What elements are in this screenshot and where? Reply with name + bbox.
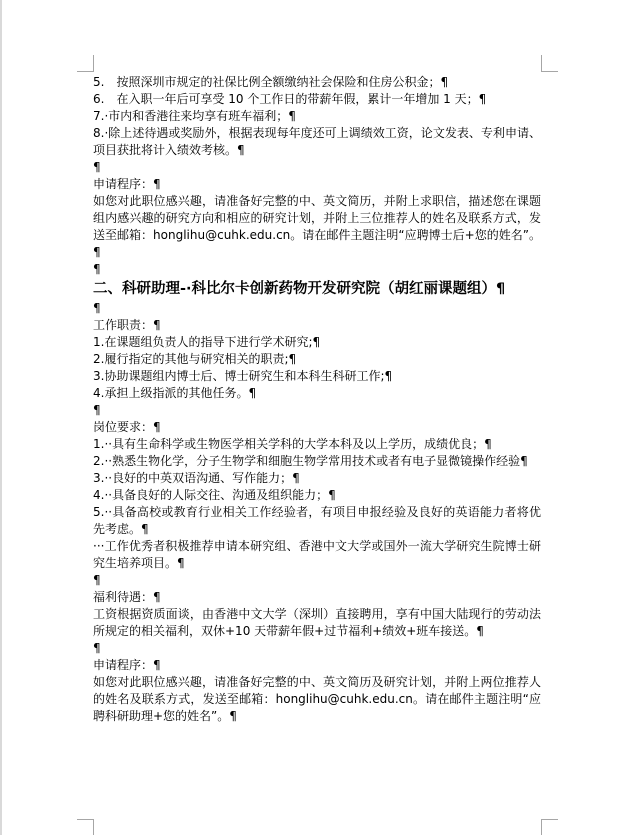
job-duty-item-4[interactable]: 4.承担上级指派的其他任务。¶ bbox=[93, 385, 541, 402]
document-page: 5. 按照深圳市规定的社保比例全额缴纳社会保险和住房公积金；¶ 6. 在入职一年… bbox=[0, 0, 635, 835]
blank-line[interactable]: ¶ bbox=[93, 572, 541, 589]
job-duty-item-3[interactable]: 3.协助课题组内博士后、博士研究生和本科生科研工作;¶ bbox=[93, 368, 541, 385]
job-requirement-item-5[interactable]: 5.··具备高校或教育行业相关工作经验者，有项目申报经验及良好的英语能力者将优先… bbox=[93, 504, 541, 538]
job-requirements-label[interactable]: 岗位要求：¶ bbox=[93, 419, 541, 436]
job-requirement-item-3[interactable]: 3.··良好的中英双语沟通、写作能力；¶ bbox=[93, 470, 541, 487]
application-procedure-label-postdoc[interactable]: 申请程序：¶ bbox=[93, 176, 541, 193]
document-text-area[interactable]: 5. 按照深圳市规定的社保比例全额缴纳社会保险和住房公积金；¶ 6. 在入职一年… bbox=[93, 74, 541, 725]
benefits-item-5[interactable]: 5. 按照深圳市规定的社保比例全额缴纳社会保险和住房公积金；¶ bbox=[93, 74, 541, 91]
benefits-item-6[interactable]: 6. 在入职一年后可享受 10 个工作日的带薪年假，累计一年增加 1 天；¶ bbox=[93, 91, 541, 108]
section-heading-research-assistant[interactable]: 二、科研助理-·科比尔卡创新药物开发研究院（胡红丽课题组）¶ bbox=[93, 278, 541, 300]
job-requirement-item-2[interactable]: 2.··熟悉生物化学，分子生物学和细胞生物学常用技术或者有电子显微镜操作经验¶ bbox=[93, 453, 541, 470]
blank-line[interactable]: ¶ bbox=[93, 159, 541, 176]
margin-crop-mark-bottom-left bbox=[77, 819, 94, 835]
job-duty-item-1[interactable]: 1.在课题组负责人的指导下进行学术研究;¶ bbox=[93, 334, 541, 351]
job-duties-label[interactable]: 工作职责：¶ bbox=[93, 317, 541, 334]
benefits-text[interactable]: 工资根据资质面谈，由香港中文大学（深圳）直接聘用，享有中国大陆现行的劳动法所规定… bbox=[93, 606, 541, 640]
application-procedure-label-assistant[interactable]: 申请程序：¶ bbox=[93, 657, 541, 674]
blank-line[interactable]: ¶ bbox=[93, 300, 541, 317]
job-requirement-note[interactable]: ···工作优秀者积极推荐申请本研究组、香港中文大学或国外一流大学研究生院博士研究… bbox=[93, 538, 541, 572]
blank-line[interactable]: ¶ bbox=[93, 261, 541, 278]
job-requirement-item-4[interactable]: 4.··具备良好的人际交往、沟通及组织能力；¶ bbox=[93, 487, 541, 504]
job-duty-item-2[interactable]: 2.履行指定的其他与研究相关的职责;¶ bbox=[93, 351, 541, 368]
blank-line[interactable]: ¶ bbox=[93, 402, 541, 419]
margin-crop-mark-top-left bbox=[77, 55, 94, 72]
application-procedure-text-postdoc[interactable]: 如您对此职位感兴趣，请准备好完整的中、英文简历，并附上求职信，描述您在课题组内感… bbox=[93, 193, 541, 261]
margin-crop-mark-top-right bbox=[541, 55, 558, 72]
benefits-label[interactable]: 福利待遇：¶ bbox=[93, 589, 541, 606]
benefits-item-8[interactable]: 8.·除上述待遇或奖励外，根据表现每年度还可上调绩效工资，论文发表、专利申请、项… bbox=[93, 125, 541, 159]
margin-crop-mark-bottom-right bbox=[541, 819, 558, 835]
job-requirement-item-1[interactable]: 1.··具有生命科学或生物医学相关学科的大学本科及以上学历，成绩优良；¶ bbox=[93, 436, 541, 453]
application-procedure-text-assistant[interactable]: 如您对此职位感兴趣，请准备好完整的中、英文简历及研究计划，并附上两位推荐人的姓名… bbox=[93, 674, 541, 725]
benefits-item-7[interactable]: 7.·市内和香港往来均享有班车福利；¶ bbox=[93, 108, 541, 125]
page-left-edge bbox=[0, 0, 2, 835]
blank-line[interactable]: ¶ bbox=[93, 640, 541, 657]
